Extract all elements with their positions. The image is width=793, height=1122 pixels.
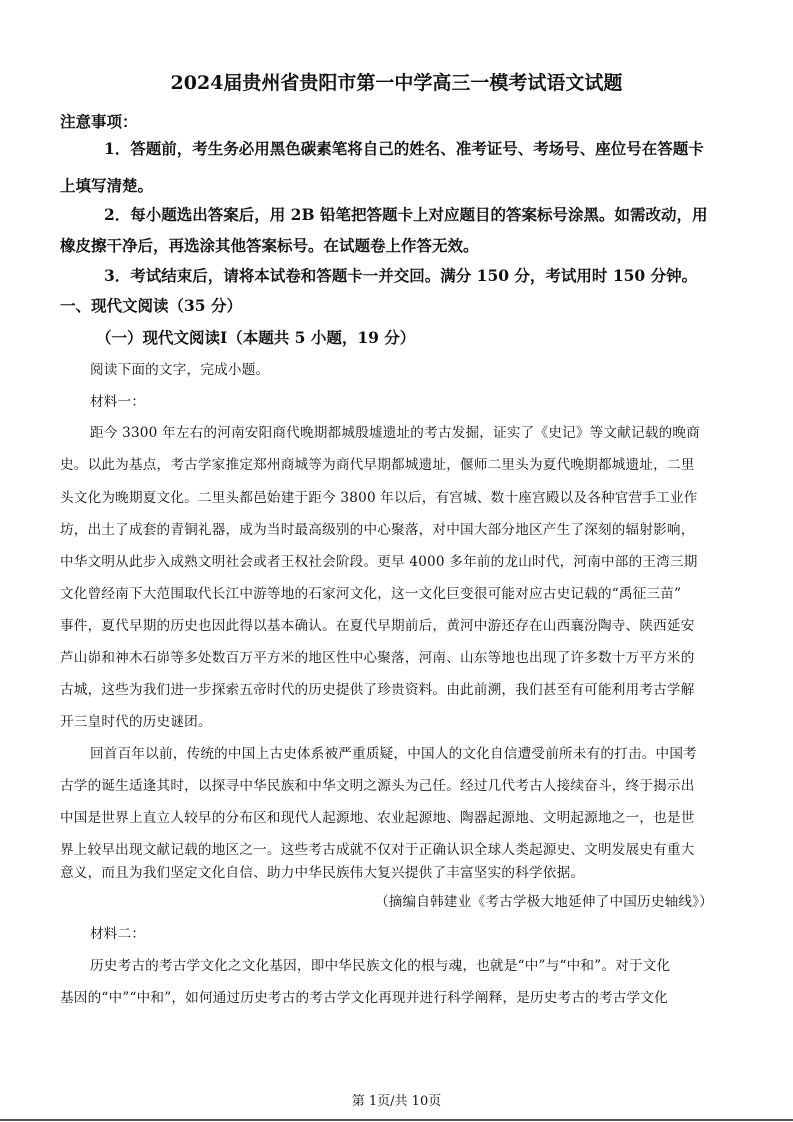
material-1-para-1-line: 中华文明从此步入成熟文明社会或者王权社会阶段。更早 4000 多年前的龙山时代，… bbox=[60, 550, 698, 570]
material-1-para-1-line: 文化曾经南下大范围取代长江中游等地的石家河文化，这一文化巨变很可能对应古史记载的… bbox=[60, 582, 681, 602]
material-1-para-2-line: 中国是世界上直立人较早的分布区和现代人起源地、农业起源地、陶器起源地、文明起源地… bbox=[60, 806, 695, 826]
notice-item-2-line-1: 2．每小题选出答案后，用 2B 铅笔把答题卡上对应题目的答案标号涂黑。如需改动，… bbox=[104, 203, 707, 225]
material-1-para-1-line: 开三皇时代的历史谜团。 bbox=[60, 710, 212, 730]
material-1-para-2-line: 界上较早出现文献记载的地区之一。这些考古成就不仅对于正确认识全球人类起源史、文明… bbox=[60, 838, 695, 858]
page-bottom-divider bbox=[0, 1119, 793, 1121]
material-1-para-2-line: 回首百年以前，传统的中国上古史体系被严重质疑，中国人的文化自信遭受前所未有的打击… bbox=[90, 742, 697, 762]
section-heading: 一、现代文阅读（35 分） bbox=[60, 294, 242, 316]
notice-item-3-line-1: 3．考试结束后，请将本试卷和答题卡一并交回。满分 150 分，考试用时 150 … bbox=[104, 264, 697, 286]
material-1-para-1-line: 芦山峁和神木石峁等多处数百万平方米的地区性中心聚落，河南、山东等地也出现了许多数… bbox=[60, 646, 695, 666]
material-1-para-1-line: 史。以此为基点，考古学家推定郑州商城等为商代早期都城遗址，偃师二里头为夏代晚期都… bbox=[60, 453, 695, 473]
material-2-para-1-line: 基因的“中”“中和”，如何通过历史考古的考古学文化再现并进行科学阐释，是历史考古… bbox=[60, 986, 668, 1006]
page-indicator: 第 1页/共 10页 bbox=[0, 1090, 793, 1109]
notice-item-1-line-2: 上填写清楚。 bbox=[60, 174, 153, 196]
reading-instruction: 阅读下面的文字，完成小题。 bbox=[90, 358, 269, 378]
material-1-para-1-line: 古城，这些为我们进一步探索五帝时代的历史提供了珍贵资料。由此前溯，我们甚至有可能… bbox=[60, 678, 695, 698]
material-1-para-1-line: 距今 3300 年左右的河南安阳商代晚期都城殷墟遗址的考古发掘，证实了《史记》等… bbox=[90, 421, 700, 441]
notice-heading: 注意事项： bbox=[60, 110, 138, 132]
exam-title: 2024届贵州省贵阳市第一中学高三一模考试语文试题 bbox=[0, 68, 793, 95]
material-1-para-1-line: 坊，出土了成套的青铜礼器，成为当时最高级别的中心聚落，对中国大部分地区产生了深刻… bbox=[60, 518, 695, 538]
notice-item-2-line-2: 橡皮擦干净后，再选涂其他答案标号。在试题卷上作答无效。 bbox=[60, 234, 479, 256]
material-2-para-1-line: 历史考古的考古学文化之文化基因，即中华民族文化的根与魂，也就是“中”与“中和”。… bbox=[90, 954, 670, 974]
material-1-source: （摘编自韩建业《考古学极大地延伸了中国历史轴线》） bbox=[375, 890, 713, 910]
document-page: 2024届贵州省贵阳市第一中学高三一模考试语文试题 注意事项： 1．答题前，考生… bbox=[0, 0, 793, 1122]
material-1-para-1-line: 头文化为晚期夏文化。二里头都邑始建于距今 3800 年以后，有宫城、数十座宫殿以… bbox=[60, 486, 698, 506]
subsection-heading: （一）现代文阅读Ⅰ（本题共 5 小题，19 分） bbox=[96, 326, 415, 348]
material-1-para-2-line: 意义，而且为我们坚定文化自信、助力中华民族伟大复兴提供了丰富坚实的科学依据。 bbox=[60, 861, 584, 881]
material-1-para-2-line: 古学的诞生适逢其时，以探寻中华民族和中华文明之源头为己任。经过几代考古人接续奋斗… bbox=[60, 774, 695, 794]
material-2-label: 材料二： bbox=[90, 922, 145, 942]
material-1-para-1-line: 事件，夏代早期的历史也因此得以基本确认。在夏代早期前后，黄河中游还存在山西襄汾陶… bbox=[60, 614, 695, 634]
notice-item-1-line-1: 1．答题前，考生务必用黑色碳素笔将自己的姓名、准考证号、考场号、座位号在答题卡 bbox=[104, 137, 704, 159]
material-1-label: 材料一： bbox=[90, 390, 145, 410]
